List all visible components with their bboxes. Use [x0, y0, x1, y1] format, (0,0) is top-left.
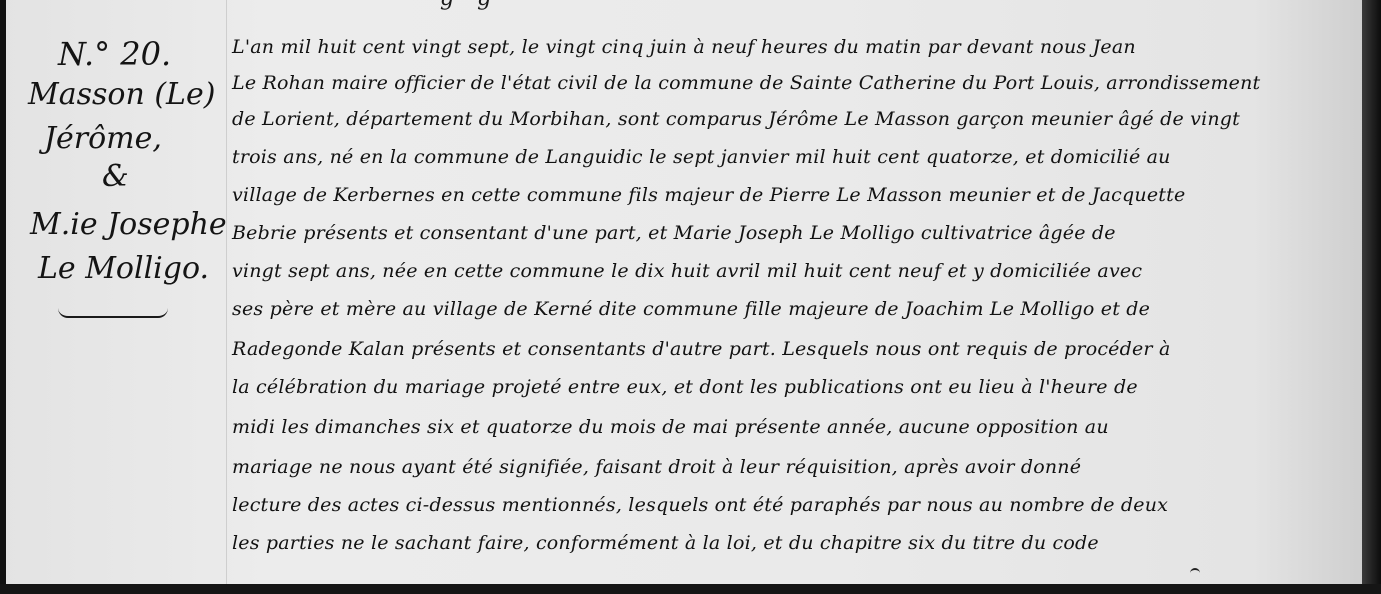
bride-given-name: M.ie Josephe — [30, 210, 227, 240]
body-line-13: lecture des actes ci-dessus mentionnés, … — [232, 496, 1168, 515]
body-line-5: village de Kerbernes en cette commune fi… — [232, 186, 1185, 205]
ink-mark — [1190, 568, 1200, 578]
ampersand: & — [102, 162, 129, 192]
bride-surname: Le Molligo. — [38, 254, 209, 284]
body-line-14: les parties ne le sachant faire, conform… — [232, 534, 1099, 553]
margin-rule — [226, 0, 227, 584]
groom-given-name: Jérôme, — [44, 124, 162, 154]
scan-right-edge — [1362, 0, 1381, 594]
flourish-underline — [58, 308, 168, 318]
body-line-3: de Lorient, département du Morbihan, son… — [232, 110, 1240, 129]
scan-bottom-edge — [0, 584, 1381, 594]
body-line-7: vingt sept ans, née en cette commune le … — [232, 262, 1142, 281]
document-page: g g N.° 20. Masson (Le) Jérôme, & M.ie J… — [0, 0, 1362, 584]
groom-surname: Masson (Le) — [28, 80, 215, 110]
body-line-8: ses père et mère au village de Kerné dit… — [232, 300, 1150, 319]
body-line-1: L'an mil huit cent vingt sept, le vingt … — [232, 38, 1136, 57]
heading-fragment: g g — [440, 0, 499, 11]
body-line-4: trois ans, né en la commune de Languidic… — [232, 148, 1171, 167]
body-line-9: Radegonde Kalan présents et consentants … — [232, 340, 1170, 359]
body-line-11: midi les dimanches six et quatorze du mo… — [232, 418, 1109, 437]
body-line-2: Le Rohan maire officier de l'état civil … — [232, 74, 1260, 93]
body-line-6: Bebrie présents et consentant d'une part… — [232, 224, 1116, 243]
body-line-10: la célébration du mariage projeté entre … — [232, 378, 1138, 397]
body-line-12: mariage ne nous ayant été signifiée, fai… — [232, 458, 1081, 477]
scan-left-edge — [0, 0, 6, 594]
entry-number: N.° 20. — [58, 38, 171, 70]
